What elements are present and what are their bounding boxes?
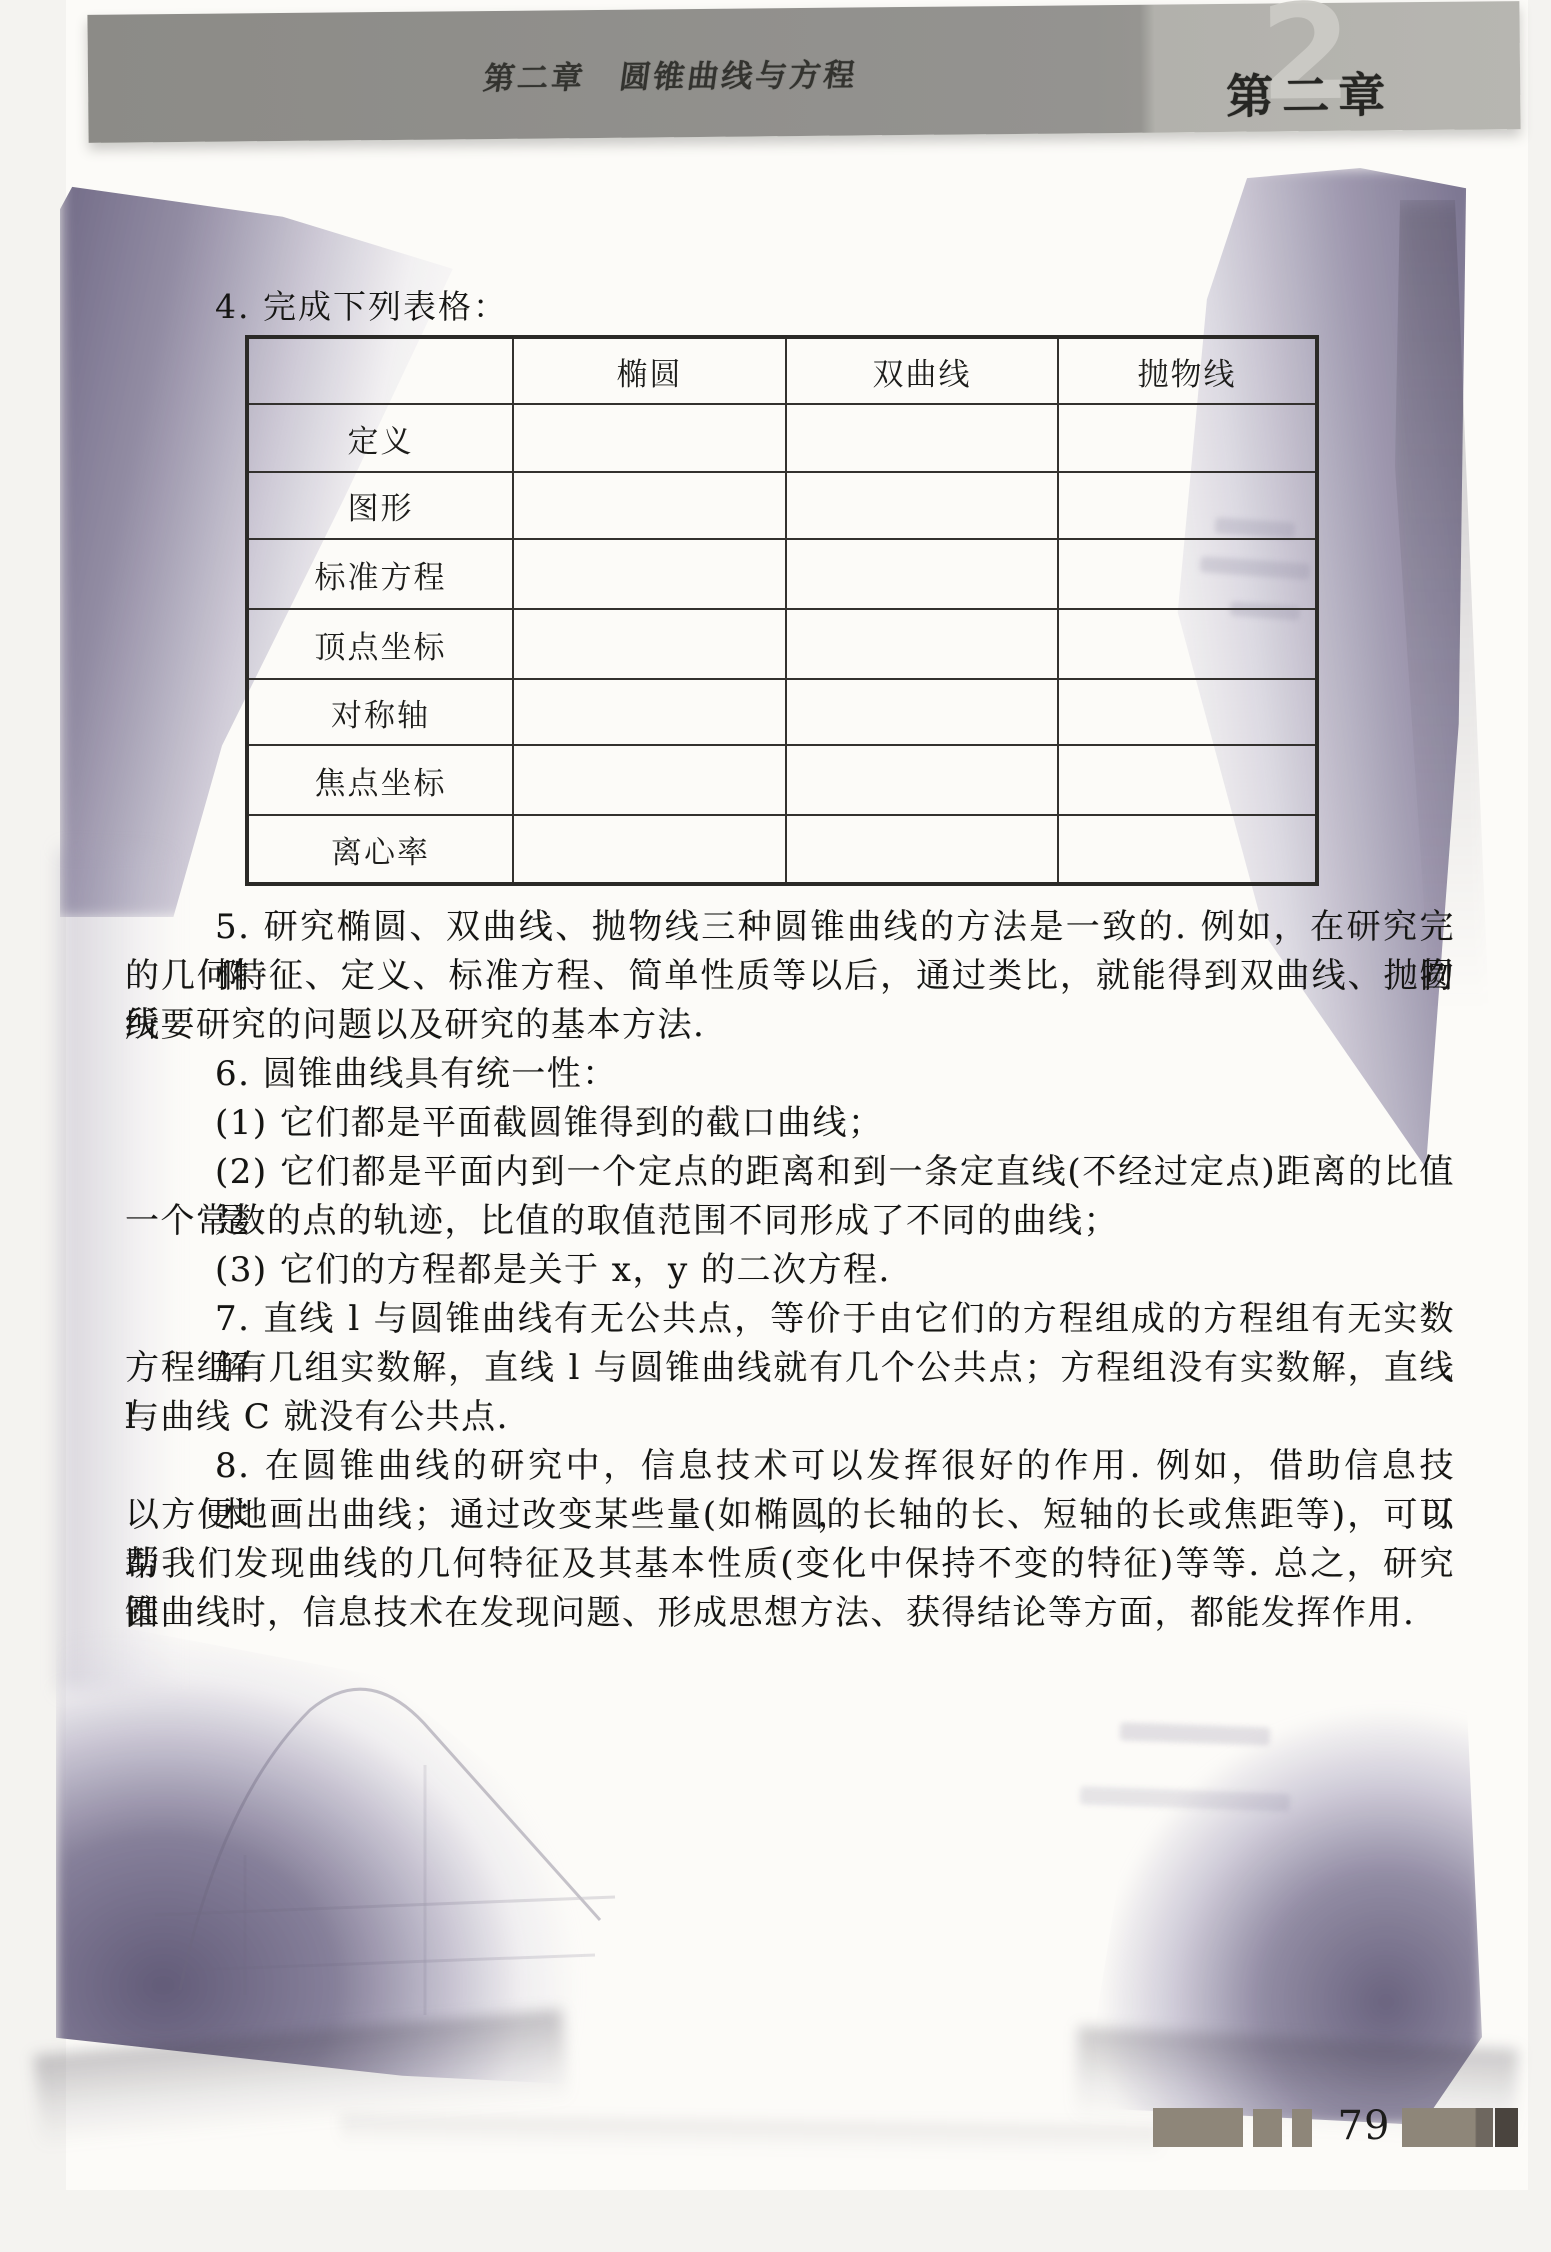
table-empty-cell (513, 472, 786, 539)
table-col-header: 椭圆 (513, 337, 786, 404)
table-header-row: 椭圆双曲线抛物线 (247, 337, 1317, 404)
table-empty-cell (786, 404, 1058, 472)
table-empty-cell (786, 679, 1058, 745)
body-text-line: (2) 它们都是平面内到一个定点的距离和到一条定直线(不经过定点)距离的比值是 (125, 1148, 1455, 1197)
table-row: 对称轴 (247, 679, 1317, 745)
table-row: 标准方程 (247, 539, 1317, 609)
table-empty-cell (513, 609, 786, 679)
table-empty-cell (1058, 609, 1317, 679)
table-col-header: 双曲线 (786, 337, 1058, 404)
body-text-line: 8. 在圆锥曲线的研究中，信息技术可以发挥很好的作用. 例如，借助信息技术，可 (125, 1442, 1455, 1491)
body-text-line: (3) 它们的方程都是关于 x，y 的二次方程. (125, 1246, 1455, 1295)
footer-deco-bar (1402, 2108, 1493, 2147)
body-text-line: 锥曲线时，信息技术在发现问题、形成思想方法、获得结论等方面，都能发挥作用. (125, 1589, 1455, 1638)
body-text-line: 5. 研究椭圆、双曲线、抛物线三种圆锥曲线的方法是一致的. 例如，在研究完椭圆 (125, 903, 1455, 952)
item-4-heading: 4. 完成下列表格： (215, 281, 508, 328)
table-empty-cell (786, 745, 1058, 815)
table-empty-cell (513, 745, 786, 815)
table-row-label: 焦点坐标 (247, 745, 513, 815)
table-row: 焦点坐标 (247, 745, 1317, 815)
body-text-line: 的几何特征、定义、标准方程、简单性质等以后，通过类比，就能得到双曲线、抛物线 (125, 952, 1455, 1001)
chapter-tab-label: 第二章 (1226, 58, 1395, 127)
table-empty-cell (786, 539, 1058, 609)
body-text-line: 7. 直线 l 与圆锥曲线有无公共点，等价于由它们的方程组成的方程组有无实数解. (125, 1295, 1455, 1344)
table-empty-cell (1058, 472, 1317, 539)
table-empty-cell (786, 815, 1058, 884)
table-row-label: 离心率 (247, 815, 513, 884)
footer-deco-bar (1253, 2109, 1282, 2147)
chapter-band-title: 第二章 圆锥曲线与方程 (481, 49, 861, 98)
table-empty-cell (513, 539, 786, 609)
table-row-label: 定义 (247, 404, 513, 472)
table-row: 离心率 (247, 815, 1317, 884)
body-text-line: 与曲线 C 就没有公共点. (125, 1393, 1455, 1442)
table-corner-cell (247, 337, 513, 404)
table-col-header: 抛物线 (1058, 337, 1317, 404)
page-number: 79 (1334, 2103, 1394, 2149)
table-row-label: 对称轴 (247, 679, 513, 745)
chapter-header-band: 第二章 圆锥曲线与方程 2 第二章 (87, 1, 1520, 143)
chapter-tab: 2 第二章 (1217, 1, 1518, 132)
table-empty-cell (1058, 404, 1317, 472)
body-text: 5. 研究椭圆、双曲线、抛物线三种圆锥曲线的方法是一致的. 例如，在研究完椭圆的… (125, 903, 1455, 1638)
body-text-line: 所要研究的问题以及研究的基本方法. (125, 1001, 1455, 1050)
table-empty-cell (1058, 815, 1317, 884)
footer-deco-bar (1495, 2108, 1518, 2147)
table-row: 定义 (247, 404, 1317, 472)
body-text-line: 以方便地画出曲线；通过改变某些量(如椭圆的长轴的长、短轴的长或焦距等)，可以帮 (125, 1491, 1455, 1540)
table-row-label: 标准方程 (247, 539, 513, 609)
body-text-line: 助我们发现曲线的几何特征及其基本性质(变化中保持不变的特征)等等. 总之，研究圆 (125, 1540, 1455, 1589)
body-text-line: (1) 它们都是平面截圆锥得到的截口曲线； (125, 1099, 1455, 1148)
table-empty-cell (786, 472, 1058, 539)
bleedthrough-ghost-figure (95, 1615, 655, 2055)
body-text-line: 一个常数的点的轨迹，比值的取值范围不同形成了不同的曲线； (125, 1197, 1455, 1246)
table-empty-cell (513, 404, 786, 472)
table-empty-cell (513, 679, 786, 745)
body-text-line: 方程组有几组实数解，直线 l 与圆锥曲线就有几个公共点；方程组没有实数解，直线 … (125, 1344, 1455, 1393)
table-empty-cell (786, 609, 1058, 679)
footer-deco-bar (1153, 2108, 1243, 2147)
table-empty-cell (1058, 679, 1317, 745)
table-row-label: 顶点坐标 (247, 609, 513, 679)
table-empty-cell (513, 815, 786, 884)
conic-summary-table: 椭圆双曲线抛物线 定义 图形 标准方程 顶点坐标 对称轴 焦点坐标 离心率 (245, 335, 1319, 886)
table-row: 顶点坐标 (247, 609, 1317, 679)
table-empty-cell (1058, 539, 1317, 609)
table-row: 图形 (247, 472, 1317, 539)
footer-deco-bar (1292, 2109, 1312, 2147)
body-text-line: 6. 圆锥曲线具有统一性： (125, 1050, 1455, 1099)
table-empty-cell (1058, 745, 1317, 815)
table-row-label: 图形 (247, 472, 513, 539)
